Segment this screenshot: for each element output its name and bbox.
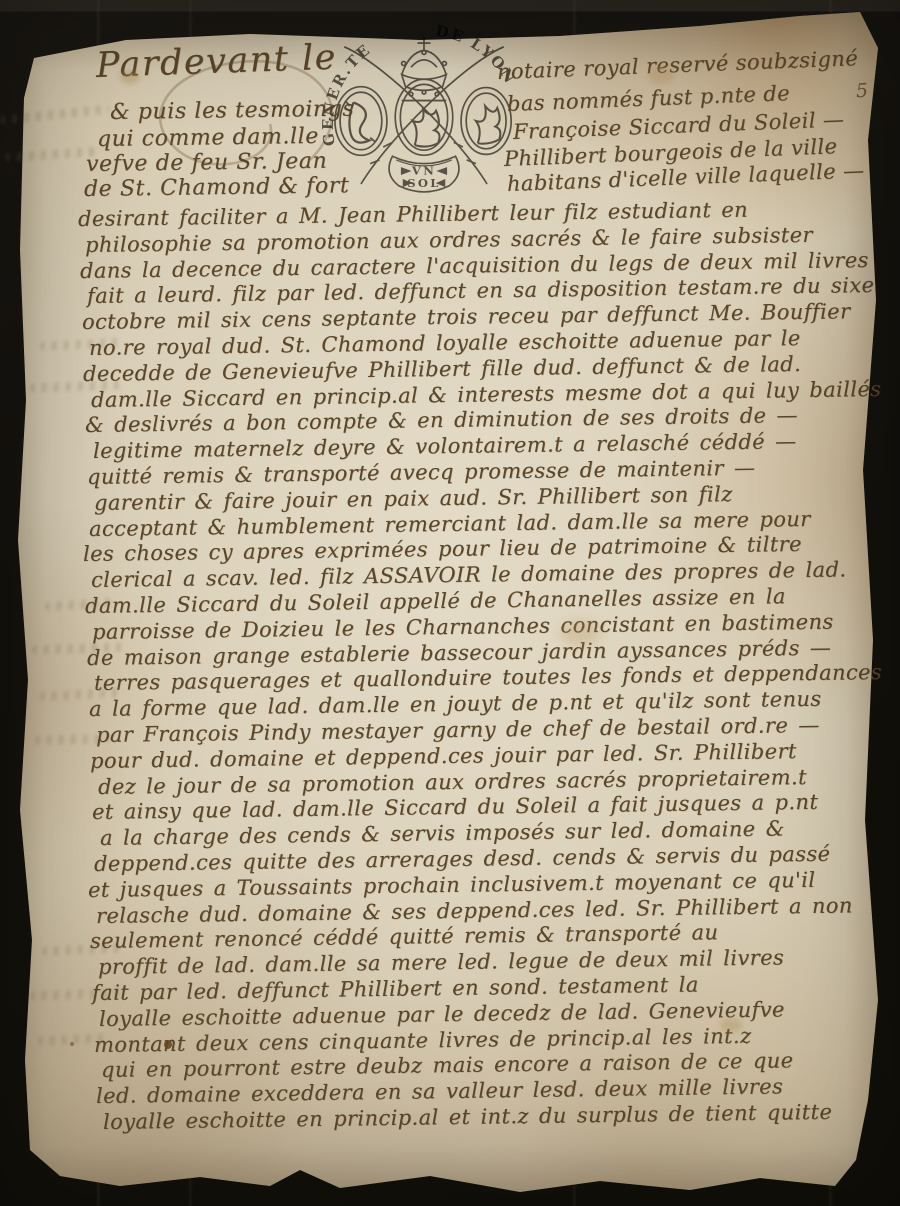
foxing-stain — [560, 620, 600, 646]
margin-mark: 5 — [855, 80, 869, 103]
manuscript-opening-line-right: notaire royal reservé soubzsigné — [497, 46, 859, 84]
foxing-stain — [648, 66, 674, 84]
manuscript-opening-line-left: & puis les tesmoings — [110, 97, 355, 125]
manuscript: Pardevant lenotaire royal reservé soubzs… — [0, 0, 900, 1206]
ink-blot — [164, 1040, 172, 1049]
foxing-stain — [120, 70, 140, 84]
manuscript-opening-line-left: vefve de feu Sr. Jean — [86, 149, 328, 177]
photo: GENER.TE DE LYON VN SOL Pardevant lenota… — [0, 0, 900, 1206]
ink-blot — [70, 1042, 74, 1046]
manuscript-opening-line-left: de St. Chamond & fort — [84, 173, 350, 202]
manuscript-opening-line-left: qui comme dam.lle — [97, 124, 319, 152]
foxing-stain — [720, 1018, 742, 1032]
